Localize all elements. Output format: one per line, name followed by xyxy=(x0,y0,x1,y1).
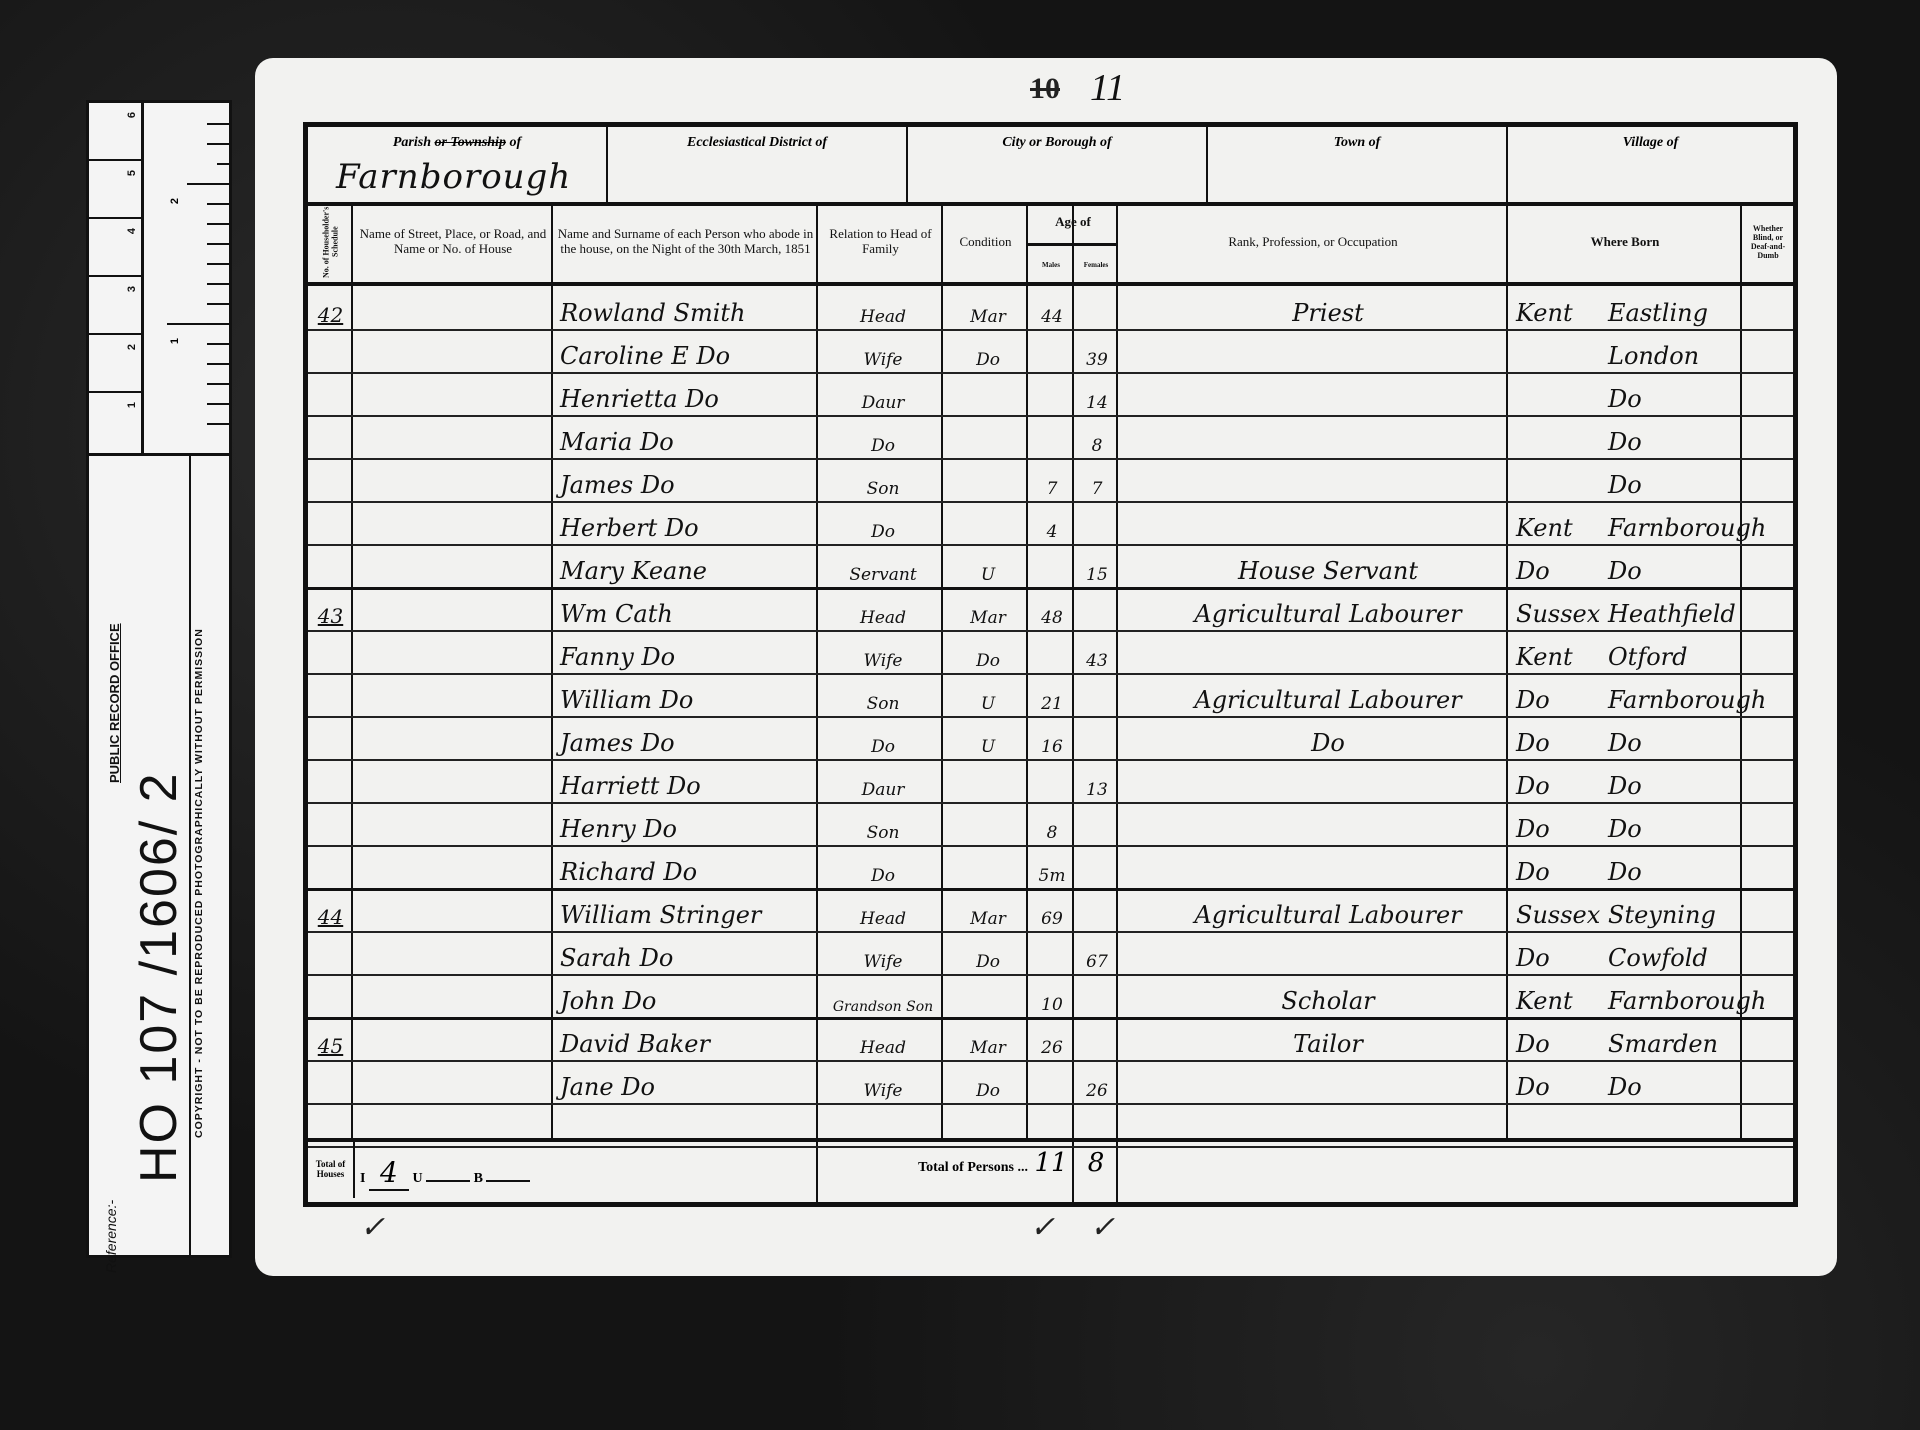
cell-name: Henrietta Do xyxy=(560,372,818,415)
ecclesiastical-district-field: Ecclesiastical District of xyxy=(608,127,908,202)
district-header: Parish or Township of Farnborough Eccles… xyxy=(308,127,1793,206)
cell-occupation xyxy=(1148,458,1508,501)
table-row: William DoSonU21Agricultural LabourerDoF… xyxy=(308,673,1793,718)
cell-schedule: 45 xyxy=(308,1017,353,1060)
cell-born-county: Sussex xyxy=(1516,587,1606,630)
cell-condition xyxy=(948,974,1028,1017)
cell-blind xyxy=(1742,587,1794,630)
cell-schedule xyxy=(308,974,353,1017)
cell-born-county: Kent xyxy=(1516,501,1606,544)
cell-age-males xyxy=(1030,544,1074,587)
cell-age-males: 5m xyxy=(1030,845,1074,888)
cell-born-place: Do xyxy=(1608,845,1742,888)
cell-relation: Daur xyxy=(823,372,943,415)
cell-occupation: House Servant xyxy=(1148,544,1508,587)
table-row: Herbert DoDo4KentFarnborough xyxy=(308,501,1793,546)
cell-blind xyxy=(1742,1017,1794,1060)
table-row: Harriett DoDaur13DoDo xyxy=(308,759,1793,804)
cell-age-females: 67 xyxy=(1076,931,1118,974)
cell-born-county: Do xyxy=(1516,673,1606,716)
cell-age-females xyxy=(1076,587,1118,630)
cell-schedule xyxy=(308,759,353,802)
census-form: Parish or Township of Farnborough Eccles… xyxy=(303,122,1798,1207)
cell-schedule: 42 xyxy=(308,286,353,329)
cell-born-county: Kent xyxy=(1516,286,1606,329)
cell-blind xyxy=(1742,501,1794,544)
cell-occupation: Agricultural Labourer xyxy=(1148,673,1508,716)
cell-relation: Wife xyxy=(823,630,943,673)
cell-relation: Do xyxy=(823,501,943,544)
cell-age-females: 15 xyxy=(1076,544,1118,587)
cell-age-females xyxy=(1076,845,1118,888)
ruler-mark: 5 xyxy=(126,170,138,176)
header-where-born: Where Born xyxy=(1508,202,1742,282)
cell-street xyxy=(353,458,553,501)
table-row: Fanny DoWifeDo43KentOtford xyxy=(308,630,1793,675)
building-count xyxy=(486,1180,530,1182)
header-relation: Relation to Head of Family xyxy=(818,202,943,282)
cell-name: Maria Do xyxy=(560,415,818,458)
cell-name: Herbert Do xyxy=(560,501,818,544)
cell-condition xyxy=(948,759,1028,802)
copyright-notice: COPYRIGHT - NOT TO BE REPRODUCED PHOTOGR… xyxy=(193,628,205,1138)
cell-born-place: Heathfield xyxy=(1608,587,1742,630)
table-row: Richard DoDo5mDoDo xyxy=(308,845,1793,891)
cell-age-males xyxy=(1030,759,1074,802)
cell-street xyxy=(353,286,553,329)
cell-street xyxy=(353,673,553,716)
cell-age-males: 16 xyxy=(1030,716,1074,759)
cell-schedule xyxy=(308,415,353,458)
total-males: 11 xyxy=(1028,1148,1074,1178)
cell-age-males: 8 xyxy=(1030,802,1074,845)
cell-blind xyxy=(1742,888,1794,931)
cell-condition: U xyxy=(948,673,1028,716)
cell-occupation xyxy=(1148,845,1508,888)
cell-born-county xyxy=(1516,415,1606,458)
cell-relation: Wife xyxy=(823,1060,943,1103)
ruler-cm-scale: 6 5 4 3 2 1 xyxy=(89,103,144,453)
cell-condition: Do xyxy=(948,630,1028,673)
cell-condition: U xyxy=(948,544,1028,587)
cell-condition: Mar xyxy=(948,888,1028,931)
header-schedule: No. of Householder's Schedule xyxy=(308,202,353,282)
cell-age-females: 26 xyxy=(1076,1060,1118,1103)
cell-age-males: 44 xyxy=(1030,286,1074,329)
cell-born-county: Do xyxy=(1516,845,1606,888)
cell-occupation xyxy=(1148,759,1508,802)
cell-relation: Do xyxy=(823,415,943,458)
cell-condition xyxy=(948,415,1028,458)
cell-blind xyxy=(1742,372,1794,415)
cell-blind xyxy=(1742,1060,1794,1103)
cell-born-place: Farnborough xyxy=(1608,974,1742,1017)
cell-born-place: Do xyxy=(1608,1060,1742,1103)
cell-street xyxy=(353,974,553,1017)
table-row: Mary KeaneServantU15House ServantDoDo xyxy=(308,544,1793,590)
cell-born-place: Otford xyxy=(1608,630,1742,673)
parish-value: Farnborough xyxy=(336,157,571,197)
column-headers: No. of Householder's Schedule Name of St… xyxy=(308,202,1793,286)
cell-schedule xyxy=(308,372,353,415)
cell-occupation xyxy=(1148,329,1508,372)
cell-condition xyxy=(948,802,1028,845)
town-field: Town of xyxy=(1208,127,1508,202)
ruler-mark: 1 xyxy=(126,402,138,408)
cell-blind xyxy=(1742,458,1794,501)
cell-street xyxy=(353,759,553,802)
cell-relation: Wife xyxy=(823,329,943,372)
cell-blind xyxy=(1742,974,1794,1017)
header-age: Age of xyxy=(1028,202,1118,246)
cell-condition xyxy=(948,501,1028,544)
cell-condition: Mar xyxy=(948,1017,1028,1060)
cell-born-place: Do xyxy=(1608,372,1742,415)
table-row: Henrietta DoDaur14Do xyxy=(308,372,1793,417)
cell-schedule xyxy=(308,931,353,974)
reference-label: Reference:- xyxy=(103,1200,119,1273)
table-row: 43Wm CathHeadMar48Agricultural LabourerS… xyxy=(308,587,1793,632)
cell-age-males: 7 xyxy=(1030,458,1074,501)
cell-age-females xyxy=(1076,888,1118,931)
cell-condition: U xyxy=(948,716,1028,759)
cell-name: Fanny Do xyxy=(560,630,818,673)
cell-born-county: Kent xyxy=(1516,974,1606,1017)
cell-age-females: 13 xyxy=(1076,759,1118,802)
cell-condition: Do xyxy=(948,1060,1028,1103)
cell-relation: Do xyxy=(823,716,943,759)
table-row: James DoDoU16DoDoDo xyxy=(308,716,1793,761)
check-mark: ✓ xyxy=(1030,1210,1055,1245)
cell-born-county: Do xyxy=(1516,544,1606,587)
cell-occupation: Agricultural Labourer xyxy=(1148,587,1508,630)
header-age-females: Females xyxy=(1074,248,1118,282)
cell-born-county: Do xyxy=(1516,802,1606,845)
cell-street xyxy=(353,372,553,415)
cell-relation: Servant xyxy=(823,544,943,587)
cell-age-males xyxy=(1030,372,1074,415)
folio-number: 11 xyxy=(1090,66,1125,110)
cell-age-females: 14 xyxy=(1076,372,1118,415)
cell-relation: Grandson Son xyxy=(823,974,943,1017)
cell-occupation xyxy=(1148,372,1508,415)
cell-born-place: Do xyxy=(1608,759,1742,802)
cell-name: John Do xyxy=(560,974,818,1017)
cell-born-place: Do xyxy=(1608,716,1742,759)
cell-born-place: Do xyxy=(1608,802,1742,845)
cell-age-females: 7 xyxy=(1076,458,1118,501)
cell-born-county xyxy=(1516,372,1606,415)
cell-street xyxy=(353,544,553,587)
cell-born-county: Do xyxy=(1516,759,1606,802)
cell-age-females xyxy=(1076,673,1118,716)
inhabited-count: 4 xyxy=(369,1156,409,1191)
table-row: Maria DoDo8Do xyxy=(308,415,1793,460)
census-entries: 42Rowland SmithHeadMar44PriestKentEastli… xyxy=(308,286,1793,1146)
cell-born-place: Farnborough xyxy=(1608,673,1742,716)
total-persons-label: Total of Persons ... xyxy=(553,1160,1028,1176)
ruler-mark: 6 xyxy=(126,112,138,118)
cell-street xyxy=(353,931,553,974)
cell-relation: Wife xyxy=(823,931,943,974)
cell-born-place: Do xyxy=(1608,415,1742,458)
cell-street xyxy=(353,630,553,673)
cell-schedule xyxy=(308,845,353,888)
header-occupation: Rank, Profession, or Occupation xyxy=(1118,202,1508,282)
cell-name: Wm Cath xyxy=(560,587,818,630)
cell-age-males xyxy=(1030,1060,1074,1103)
measurement-ruler: 6 5 4 3 2 1 2 1 xyxy=(89,103,229,456)
cell-born-place: Eastling xyxy=(1608,286,1742,329)
ruler-mark: 2 xyxy=(169,198,181,204)
cell-street xyxy=(353,1060,553,1103)
ruler-mark: 3 xyxy=(126,286,138,292)
ruler-mark: 1 xyxy=(169,338,181,344)
cell-blind xyxy=(1742,673,1794,716)
cell-condition xyxy=(948,372,1028,415)
cell-born-county: Do xyxy=(1516,931,1606,974)
cell-blind xyxy=(1742,716,1794,759)
total-houses-breakdown: I 4 U B xyxy=(360,1156,530,1191)
cell-born-place: Steyning xyxy=(1608,888,1742,931)
cell-street xyxy=(353,415,553,458)
cell-blind xyxy=(1742,286,1794,329)
cell-blind xyxy=(1742,544,1794,587)
cell-schedule: 43 xyxy=(308,587,353,630)
cell-born-county xyxy=(1516,329,1606,372)
city-borough-field: City or Borough of xyxy=(908,127,1208,202)
cell-name: William Do xyxy=(560,673,818,716)
cell-schedule xyxy=(308,1060,353,1103)
cell-occupation xyxy=(1148,630,1508,673)
cell-born-place: London xyxy=(1608,329,1742,372)
cell-age-males xyxy=(1030,931,1074,974)
cell-born-place: Do xyxy=(1608,544,1742,587)
check-mark: ✓ xyxy=(1090,1210,1115,1245)
cell-street xyxy=(353,802,553,845)
cell-condition: Do xyxy=(948,329,1028,372)
cell-occupation xyxy=(1148,802,1508,845)
cell-blind xyxy=(1742,802,1794,845)
cell-relation: Head xyxy=(823,888,943,931)
ruler-mark: 2 xyxy=(126,344,138,350)
cell-age-males xyxy=(1030,630,1074,673)
cell-schedule xyxy=(308,630,353,673)
cell-name: Henry Do xyxy=(560,802,818,845)
header-street: Name of Street, Place, or Road, and Name… xyxy=(353,202,553,282)
folio-struck: 10 xyxy=(1030,72,1060,106)
cell-born-place: Do xyxy=(1608,458,1742,501)
cell-blind xyxy=(1742,845,1794,888)
cell-age-males: 69 xyxy=(1030,888,1074,931)
parish-field: Parish or Township of Farnborough xyxy=(308,127,608,202)
cell-born-county: Kent xyxy=(1516,630,1606,673)
header-age-males: Males xyxy=(1028,248,1074,282)
cell-age-males: 10 xyxy=(1030,974,1074,1017)
cell-born-place: Farnborough xyxy=(1608,501,1742,544)
total-houses-label: Total of Houses xyxy=(308,1142,355,1198)
cell-age-females: 39 xyxy=(1076,329,1118,372)
cell-street xyxy=(353,501,553,544)
cell-occupation: Do xyxy=(1148,716,1508,759)
cell-age-males xyxy=(1030,415,1074,458)
cell-born-county: Sussex xyxy=(1516,888,1606,931)
reference-strip: 6 5 4 3 2 1 2 1 PUBLIC xyxy=(86,100,232,1258)
cell-age-males: 4 xyxy=(1030,501,1074,544)
cell-occupation: Tailor xyxy=(1148,1017,1508,1060)
cell-schedule xyxy=(308,329,353,372)
cell-relation: Head xyxy=(823,1017,943,1060)
cell-blind xyxy=(1742,630,1794,673)
cell-street xyxy=(353,587,553,630)
cell-relation: Son xyxy=(823,802,943,845)
cell-condition: Mar xyxy=(948,587,1028,630)
table-row: Sarah DoWifeDo67DoCowfold xyxy=(308,931,1793,976)
reference-code: HO 107 /1606/ 2 xyxy=(129,771,189,1183)
ruler-mark: 4 xyxy=(126,228,138,234)
uninhabited-count xyxy=(426,1180,470,1182)
cell-blind xyxy=(1742,415,1794,458)
totals-row: Total of Houses I 4 U B Total of Persons… xyxy=(308,1138,1793,1202)
cell-age-females xyxy=(1076,716,1118,759)
cell-name: James Do xyxy=(560,458,818,501)
village-field: Village of xyxy=(1508,127,1793,202)
cell-occupation xyxy=(1148,415,1508,458)
cell-street xyxy=(353,845,553,888)
cell-name: William Stringer xyxy=(560,888,818,931)
cell-age-females: 8 xyxy=(1076,415,1118,458)
cell-street xyxy=(353,716,553,759)
ruler-inch-scale: 2 1 xyxy=(144,103,229,453)
cell-street xyxy=(353,1017,553,1060)
header-blind: Whether Blind, or Deaf-and-Dumb xyxy=(1742,202,1794,282)
cell-name: Richard Do xyxy=(560,845,818,888)
cell-name: Sarah Do xyxy=(560,931,818,974)
table-row: 42Rowland SmithHeadMar44PriestKentEastli… xyxy=(308,286,1793,331)
cell-occupation xyxy=(1148,931,1508,974)
cell-age-males: 48 xyxy=(1030,587,1074,630)
cell-schedule xyxy=(308,716,353,759)
cell-relation: Do xyxy=(823,845,943,888)
cell-born-county: Do xyxy=(1516,716,1606,759)
cell-occupation xyxy=(1148,1060,1508,1103)
cell-occupation: Priest xyxy=(1148,286,1508,329)
cell-age-females xyxy=(1076,974,1118,1017)
cell-age-females xyxy=(1076,286,1118,329)
header-condition: Condition xyxy=(943,202,1028,282)
cell-name: James Do xyxy=(560,716,818,759)
total-females: 8 xyxy=(1074,1148,1118,1178)
cell-born-county: Do xyxy=(1516,1017,1606,1060)
cell-schedule xyxy=(308,544,353,587)
cell-schedule xyxy=(308,802,353,845)
cell-blind xyxy=(1742,329,1794,372)
cell-street xyxy=(353,888,553,931)
office-label: PUBLIC RECORD OFFICE xyxy=(107,623,122,783)
cell-born-county xyxy=(1516,458,1606,501)
cell-age-males xyxy=(1030,329,1074,372)
cell-relation: Head xyxy=(823,587,943,630)
cell-born-place: Smarden xyxy=(1608,1017,1742,1060)
cell-relation: Daur xyxy=(823,759,943,802)
cell-born-place: Cowfold xyxy=(1608,931,1742,974)
cell-born-county: Do xyxy=(1516,1060,1606,1103)
cell-blind xyxy=(1742,931,1794,974)
table-row: John DoGrandson Son10ScholarKentFarnboro… xyxy=(308,974,1793,1020)
cell-age-females xyxy=(1076,501,1118,544)
header-name: Name and Surname of each Person who abod… xyxy=(553,202,818,282)
cell-schedule xyxy=(308,458,353,501)
cell-schedule xyxy=(308,673,353,716)
table-row: Henry DoSon8DoDo xyxy=(308,802,1793,847)
cell-condition: Do xyxy=(948,931,1028,974)
table-row: Jane DoWifeDo26DoDo xyxy=(308,1060,1793,1105)
cell-age-females xyxy=(1076,802,1118,845)
cell-age-males: 26 xyxy=(1030,1017,1074,1060)
cell-occupation xyxy=(1148,501,1508,544)
cell-relation: Son xyxy=(823,673,943,716)
cell-occupation: Agricultural Labourer xyxy=(1148,888,1508,931)
cell-name: Caroline E Do xyxy=(560,329,818,372)
cell-age-females xyxy=(1076,1017,1118,1060)
cell-age-females: 43 xyxy=(1076,630,1118,673)
cell-relation: Son xyxy=(823,458,943,501)
cell-schedule xyxy=(308,501,353,544)
cell-occupation: Scholar xyxy=(1148,974,1508,1017)
table-row: 45David BakerHeadMar26TailorDoSmarden xyxy=(308,1017,1793,1062)
cell-condition xyxy=(948,845,1028,888)
cell-age-males: 21 xyxy=(1030,673,1074,716)
check-mark: ✓ xyxy=(360,1210,385,1245)
cell-name: David Baker xyxy=(560,1017,818,1060)
table-row: James DoSon77Do xyxy=(308,458,1793,503)
cell-street xyxy=(353,329,553,372)
cell-condition xyxy=(948,458,1028,501)
cell-condition: Mar xyxy=(948,286,1028,329)
cell-name: Rowland Smith xyxy=(560,286,818,329)
cell-name: Mary Keane xyxy=(560,544,818,587)
cell-name: Jane Do xyxy=(560,1060,818,1103)
cell-name: Harriett Do xyxy=(560,759,818,802)
table-row: 44William StringerHeadMar69Agricultural … xyxy=(308,888,1793,933)
cell-relation: Head xyxy=(823,286,943,329)
table-row: Caroline E DoWifeDo39London xyxy=(308,329,1793,374)
cell-schedule: 44 xyxy=(308,888,353,931)
cell-blind xyxy=(1742,759,1794,802)
